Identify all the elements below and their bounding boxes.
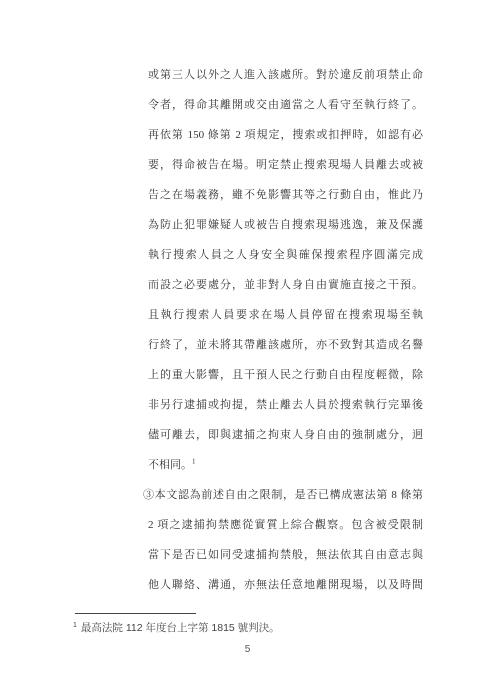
footnote-separator [75, 613, 196, 614]
text-line-content: 非另行逮捕或拘提，禁止離去人員於搜索執行完畢後 [148, 399, 423, 411]
text-line-content: 上的重大影響，且干預人民之行動自由程度輕微，除 [148, 369, 423, 381]
text-line-content: 要，得命被告在場。明定禁止搜索現場人員離去或被 [148, 159, 423, 171]
text-line: 執行搜索人員之人身安全與確保搜索程序圓滿完成 [148, 240, 423, 270]
body-text: 或第三人以外之人進入該處所。對於違反前項禁止命 令者，得命其離開或交由適當之人看… [148, 60, 423, 600]
text-line-content: 告之在場義務，雖不免影響其等之行動自由，惟此乃 [148, 189, 423, 201]
text-line: 不相同。1 [148, 450, 423, 480]
text-line-content: 2 項之逮捕拘禁應從實質上綜合觀察。包含被受限制 [148, 519, 423, 531]
footnote-marker: 1 [73, 622, 77, 629]
text-line-content: 為防止犯罪嫌疑人或被告自搜索現場逃逸，兼及保護 [148, 219, 423, 231]
text-line: 告之在場義務，雖不免影響其等之行動自由，惟此乃 [148, 180, 423, 210]
text-line-content: 或第三人以外之人進入該處所。對於違反前項禁止命 [148, 69, 423, 81]
footnote-reference: 1 [192, 457, 196, 465]
footnote-text: 最高法院 112 年度台上字第 1815 號判決。 [81, 622, 280, 634]
text-line: 他人聯絡、溝通，亦無法任意地離開現場，以及時間 [148, 570, 423, 600]
text-line: 或第三人以外之人進入該處所。對於違反前項禁止命 [148, 60, 423, 90]
text-line: 且執行搜索人員要求在場人員停留在搜索現場至執 [148, 300, 423, 330]
text-line: 非另行逮捕或拘提，禁止離去人員於搜索執行完畢後 [148, 390, 423, 420]
text-line-content: 不相同。 [148, 459, 192, 471]
text-line-content: 執行搜索人員之人身安全與確保搜索程序圓滿完成 [148, 249, 423, 261]
document-page: 或第三人以外之人進入該處所。對於違反前項禁止命 令者，得命其離開或交由適當之人看… [0, 0, 495, 700]
text-line-content: 儘可離去，即與逮捕之拘束人身自由的強制處分，迥 [148, 429, 423, 441]
text-line-content: 當下是否已如同受逮捕拘禁般，無法依其自由意志與 [148, 549, 423, 561]
text-line-content: 行終了，並未將其帶離該處所，亦不致對其造成名譽 [148, 339, 423, 351]
text-line: 當下是否已如同受逮捕拘禁般，無法依其自由意志與 [148, 540, 423, 570]
text-line-content: 再依第 150 條第 2 項規定，搜索或扣押時，如認有必 [148, 129, 423, 141]
text-line: 要，得命被告在場。明定禁止搜索現場人員離去或被 [148, 150, 423, 180]
text-line: 儘可離去，即與逮捕之拘束人身自由的強制處分，迥 [148, 420, 423, 450]
text-line: 為防止犯罪嫌疑人或被告自搜索現場逃逸，兼及保護 [148, 210, 423, 240]
text-line-content: ③本文認為前述自由之限制，是否已構成憲法第 8 條第 [143, 489, 423, 501]
text-line: 行終了，並未將其帶離該處所，亦不致對其造成名譽 [148, 330, 423, 360]
text-line: 上的重大影響，且干預人民之行動自由程度輕微，除 [148, 360, 423, 390]
text-line-content: 他人聯絡、溝通，亦無法任意地離開現場，以及時間 [148, 579, 423, 591]
text-line: ③本文認為前述自由之限制，是否已構成憲法第 8 條第 [143, 480, 423, 510]
footnote: 1最高法院 112 年度台上字第 1815 號判決。 [73, 620, 280, 636]
text-line-content: 令者，得命其離開或交由適當之人看守至執行終了。 [148, 99, 423, 111]
page-number: 5 [0, 644, 495, 655]
text-line-content: 且執行搜索人員要求在場人員停留在搜索現場至執 [148, 309, 423, 321]
text-line-content: 而設之必要處分，並非對人身自由實施直接之干預。 [148, 279, 423, 291]
text-line: 再依第 150 條第 2 項規定，搜索或扣押時，如認有必 [148, 120, 423, 150]
text-line: 2 項之逮捕拘禁應從實質上綜合觀察。包含被受限制 [148, 510, 423, 540]
text-line: 令者，得命其離開或交由適當之人看守至執行終了。 [148, 90, 423, 120]
text-line: 而設之必要處分，並非對人身自由實施直接之干預。 [148, 270, 423, 300]
